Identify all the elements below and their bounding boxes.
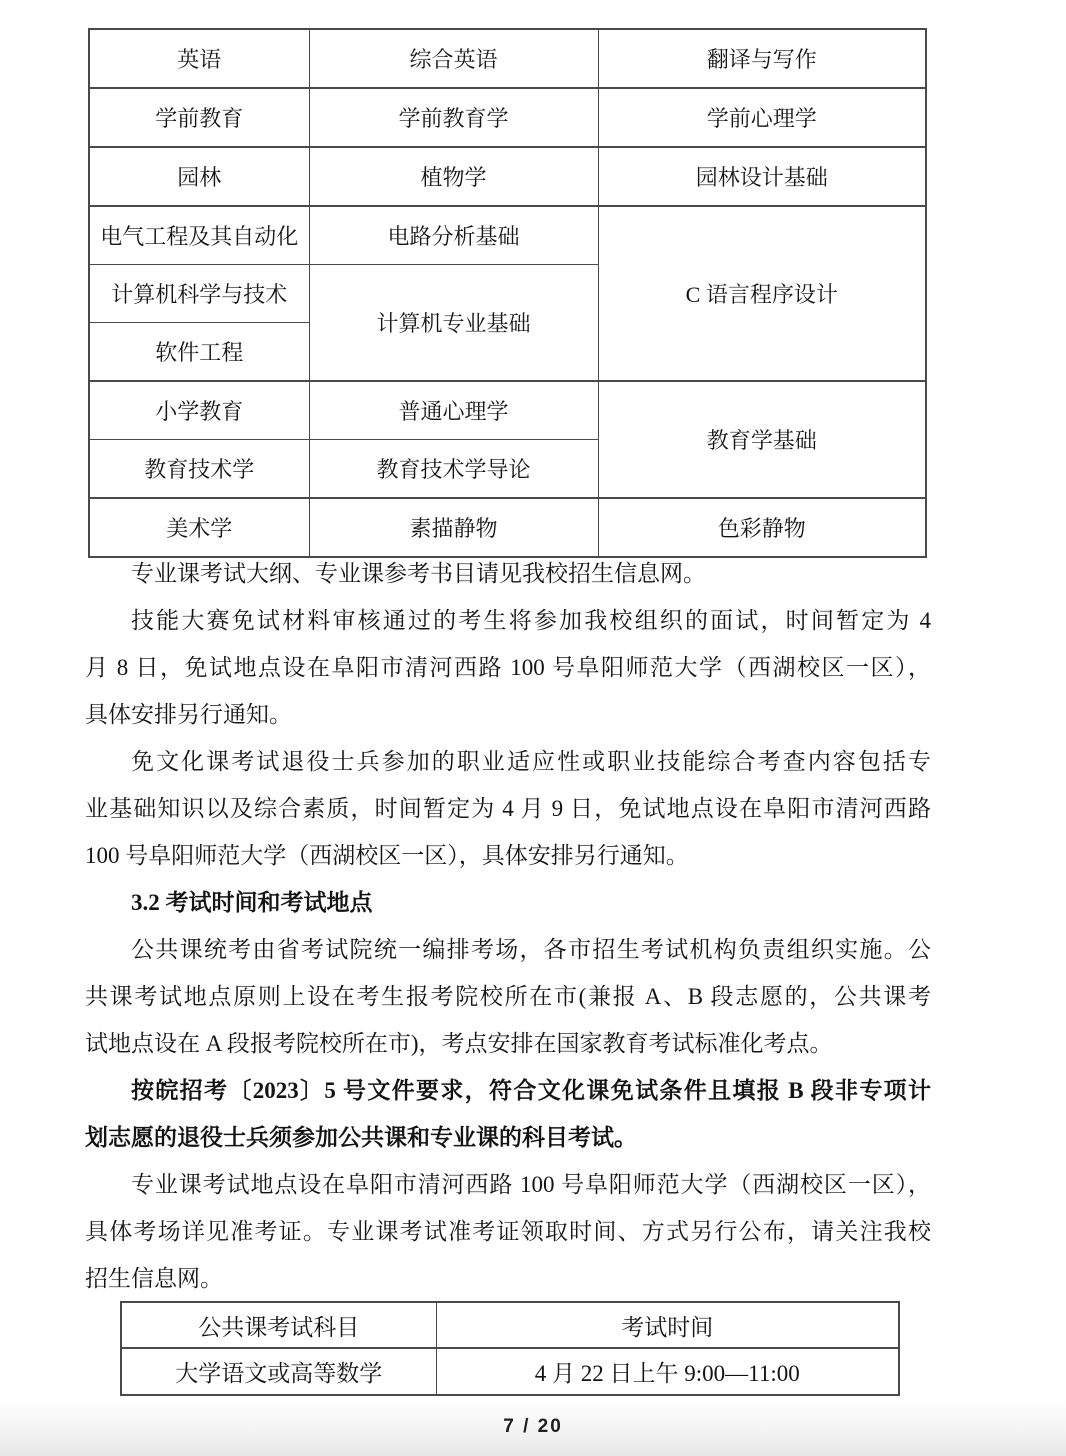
subject-cell: 普通心理学: [309, 381, 598, 440]
subject-row: 电气工程及其自动化 电路分析基础 C 语言程序设计: [89, 206, 926, 265]
subject-cell-merged: 教育学基础: [598, 381, 926, 498]
subject-cell: 学前心理学: [598, 88, 926, 147]
subject-row: 园林 植物学 园林设计基础: [89, 147, 926, 206]
exam-header-row: 公共课考试科目 考试时间: [121, 1302, 899, 1348]
body-line: 技能大赛免试材料审核通过的考生将参加我校组织的面试，时间暂定为 4: [85, 597, 931, 644]
body-line: 100 号阜阳师范大学（西湖校区一区），具体安排另行通知。: [85, 832, 931, 879]
subject-row: 英语 综合英语 翻译与写作: [89, 29, 926, 88]
body-line: 共课考试地点原则上设在考生报考院校所在市(兼报 A、B 段志愿的，公共课考: [85, 973, 931, 1020]
section-heading-3-2: 3.2 考试时间和考试地点: [85, 879, 931, 926]
body-line: 免文化课考试退役士兵参加的职业适应性或职业技能综合考查内容包括专: [85, 738, 931, 785]
subject-cell: 小学教育: [89, 381, 309, 440]
body-line: 具体考场详见准考证。专业课考试准考证领取时间、方式另行公布，请关注我校: [85, 1208, 931, 1255]
subject-row: 美术学 素描静物 色彩静物: [89, 498, 926, 557]
subject-cell-merged: 计算机专业基础: [309, 265, 598, 382]
subject-cell: 综合英语: [309, 29, 598, 88]
subject-cell: 软件工程: [89, 323, 309, 382]
subject-cell-merged: C 语言程序设计: [598, 206, 926, 381]
body-line: 公共课统考由省考试院统一编排考场，各市招生考试机构负责组织实施。公: [85, 926, 931, 973]
exam-data-row: 大学语文或高等数学 4 月 22 日上午 9:00—11:00: [121, 1348, 899, 1395]
exam-header-cell: 考试时间: [436, 1302, 899, 1348]
page-indicator-bar: 7 / 20: [0, 1398, 1066, 1456]
subject-cell: 学前教育: [89, 88, 309, 147]
subject-cell: 植物学: [309, 147, 598, 206]
body-text: 专业课考试大纲、专业课参考书目请见我校招生信息网。 技能大赛免试材料审核通过的考…: [85, 550, 931, 1302]
body-line: 招生信息网。: [85, 1255, 931, 1302]
subject-cell: 电气工程及其自动化: [89, 206, 309, 265]
subject-row: 学前教育 学前教育学 学前心理学: [89, 88, 926, 147]
subject-cell: 计算机科学与技术: [89, 265, 309, 323]
subject-cell: 英语: [89, 29, 309, 88]
subject-cell: 教育技术学导论: [309, 440, 598, 499]
subject-cell: 美术学: [89, 498, 309, 557]
body-line: 具体安排另行通知。: [85, 691, 931, 738]
body-line: 专业课考试地点设在阜阳市清河西路 100 号阜阳师范大学（西湖校区一区），: [85, 1161, 931, 1208]
body-line-bold: 划志愿的退役士兵须参加公共课和专业课的科目考试。: [85, 1114, 931, 1161]
body-line: 专业课考试大纲、专业课参考书目请见我校招生信息网。: [85, 550, 931, 597]
subject-row: 小学教育 普通心理学 教育学基础: [89, 381, 926, 440]
exam-time-table: 公共课考试科目 考试时间 大学语文或高等数学 4 月 22 日上午 9:00—1…: [120, 1301, 900, 1396]
document-page: 英语 综合英语 翻译与写作 学前教育 学前教育学 学前心理学 园林 植物学 园林…: [0, 0, 1066, 1456]
body-line: 月 8 日，免试地点设在阜阳市清河西路 100 号阜阳师范大学（西湖校区一区），: [85, 644, 931, 691]
subject-cell: 电路分析基础: [309, 206, 598, 265]
subject-table: 英语 综合英语 翻译与写作 学前教育 学前教育学 学前心理学 园林 植物学 园林…: [88, 28, 927, 558]
body-line: 业基础知识以及综合素质，时间暂定为 4 月 9 日，免试地点设在阜阳市清河西路: [85, 785, 931, 832]
exam-data-cell: 4 月 22 日上午 9:00—11:00: [436, 1348, 899, 1395]
subject-cell: 翻译与写作: [598, 29, 926, 88]
subject-cell: 园林: [89, 147, 309, 206]
subject-cell: 教育技术学: [89, 440, 309, 499]
body-line-bold: 按皖招考〔2023〕5 号文件要求，符合文化课免试条件且填报 B 段非专项计: [85, 1067, 931, 1114]
page-indicator: 7 / 20: [503, 1416, 563, 1438]
subject-cell: 色彩静物: [598, 498, 926, 557]
exam-data-cell: 大学语文或高等数学: [121, 1348, 436, 1395]
subject-cell: 园林设计基础: [598, 147, 926, 206]
subject-cell: 学前教育学: [309, 88, 598, 147]
subject-cell: 素描静物: [309, 498, 598, 557]
exam-header-cell: 公共课考试科目: [121, 1302, 436, 1348]
body-line: 试地点设在 A 段报考院校所在市)，考点安排在国家教育考试标准化考点。: [85, 1020, 931, 1067]
